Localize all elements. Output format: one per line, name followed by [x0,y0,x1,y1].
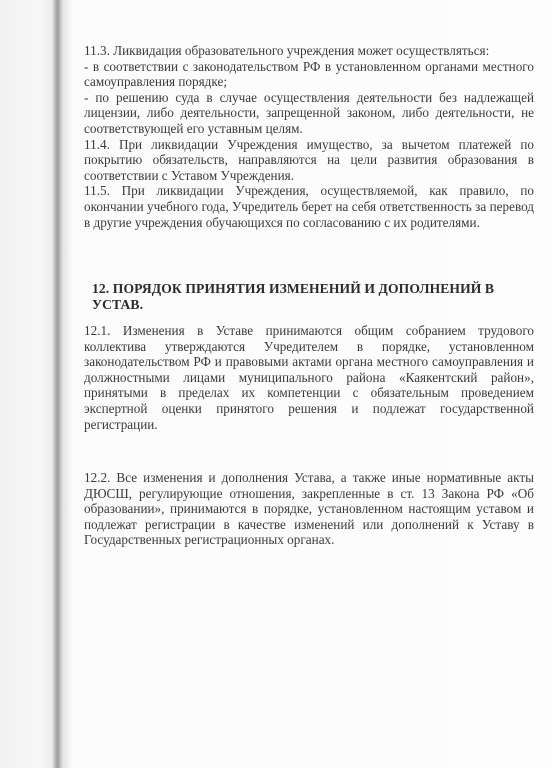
paragraph-11-4: 11.4. При ликвидации Учреждения имуществ… [84,137,534,184]
paragraph-12-2: 12.2. Все изменения и дополнения Устава,… [84,470,534,548]
section-12-1-block: 12.1. Изменения в Уставе принимаются общ… [84,323,534,432]
paragraph-11-3-item-2: - по решению суда в случае осуществления… [84,90,534,137]
section-11-block: 11.3. Ликвидация образовательного учрежд… [84,43,534,230]
section-12-2-block: 12.2. Все изменения и дополнения Устава,… [84,470,534,548]
paragraph-11-3: 11.3. Ликвидация образовательного учрежд… [84,43,534,59]
section-12-heading: 12. ПОРЯДОК ПРИНЯТИЯ ИЗМЕНЕНИЙ И ДОПОЛНЕ… [92,281,542,313]
paragraph-11-5: 11.5. При ликвидации Учреждения, осущест… [84,183,534,230]
paragraph-12-1: 12.1. Изменения в Уставе принимаются общ… [84,323,534,432]
paragraph-11-3-item-1: - в соответствии с законодательством РФ … [84,59,534,90]
scanned-page: 11.3. Ликвидация образовательного учрежд… [0,0,552,768]
binding-gutter-shadow [52,0,62,768]
